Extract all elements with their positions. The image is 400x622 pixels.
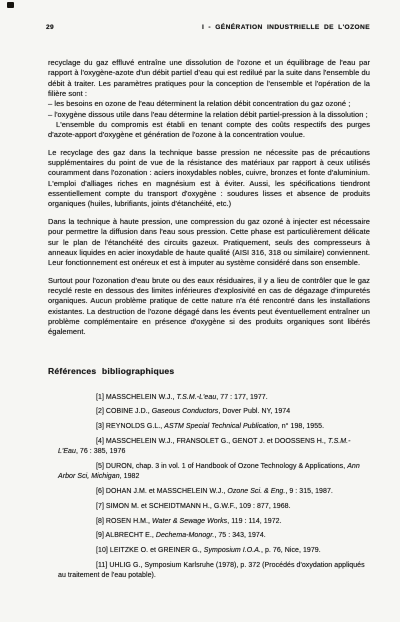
body-paragraphs: recyclage du gaz effluvé entraîne une di… [48, 58, 370, 338]
body-paragraph: recyclage du gaz effluvé entraîne une di… [48, 58, 370, 99]
reference-item: [1] MASSCHELEIN W.J., T.S.M.-L'eau, 77 :… [58, 393, 370, 403]
body-paragraph: – les besoins en ozone de l'eau détermin… [48, 99, 370, 109]
reference-item: [3] REYNOLDS G.L., ASTM Special Technica… [58, 422, 370, 432]
reference-item: [2] COBINE J.D., Gaseous Conductors, Dov… [58, 407, 370, 417]
reference-item: [11] UHLIG G., Symposium Karlsruhe (1978… [58, 561, 370, 581]
scanned-page: 29 I - GÉNÉRATION INDUSTRIELLE DE L'OZON… [0, 0, 400, 622]
body-paragraph: – l'oxygène dissous utile dans l'eau dét… [48, 110, 370, 120]
body-paragraph: Le recyclage des gaz dans la technique b… [48, 148, 370, 210]
reference-item: [4] MASSCHELEIN W.J., FRANSOLET G., GENO… [58, 437, 370, 457]
references-heading: Références bibliographiques [48, 366, 370, 376]
reference-item: [7] SIMON M. et SCHEIDTMANN H., G.W.F., … [58, 502, 370, 512]
page-body: recyclage du gaz effluvé entraîne une di… [48, 58, 370, 586]
body-paragraph: Surtout pour l'ozonation d'eau brute ou … [48, 276, 370, 338]
reference-item: [5] DURON, chap. 3 in vol. 1 of Handbook… [58, 462, 370, 482]
chapter-running-title: I - GÉNÉRATION INDUSTRIELLE DE L'OZONE [202, 24, 370, 31]
reference-item: [8] ROSEN H.M., Water & Sewage Works, 11… [58, 517, 370, 527]
references-list: [1] MASSCHELEIN W.J., T.S.M.-L'eau, 77 :… [48, 393, 370, 582]
page-number: 29 [46, 24, 54, 31]
reference-item: [6] DOHAN J.M. et MASSCHELEIN W.J., Ozon… [58, 487, 370, 497]
reference-item: [10] LEITZKE O. et GREINER G., Symposium… [58, 546, 370, 556]
scan-artifact [7, 2, 14, 8]
reference-item: [9] ALBRECHT E., Dechema-Monogr., 75 : 3… [58, 531, 370, 541]
page-header: 29 I - GÉNÉRATION INDUSTRIELLE DE L'OZON… [46, 24, 370, 31]
body-paragraph: Dans la technique à haute pression, une … [48, 217, 370, 269]
body-paragraph: L'ensemble du compromis est établi en te… [48, 120, 370, 141]
